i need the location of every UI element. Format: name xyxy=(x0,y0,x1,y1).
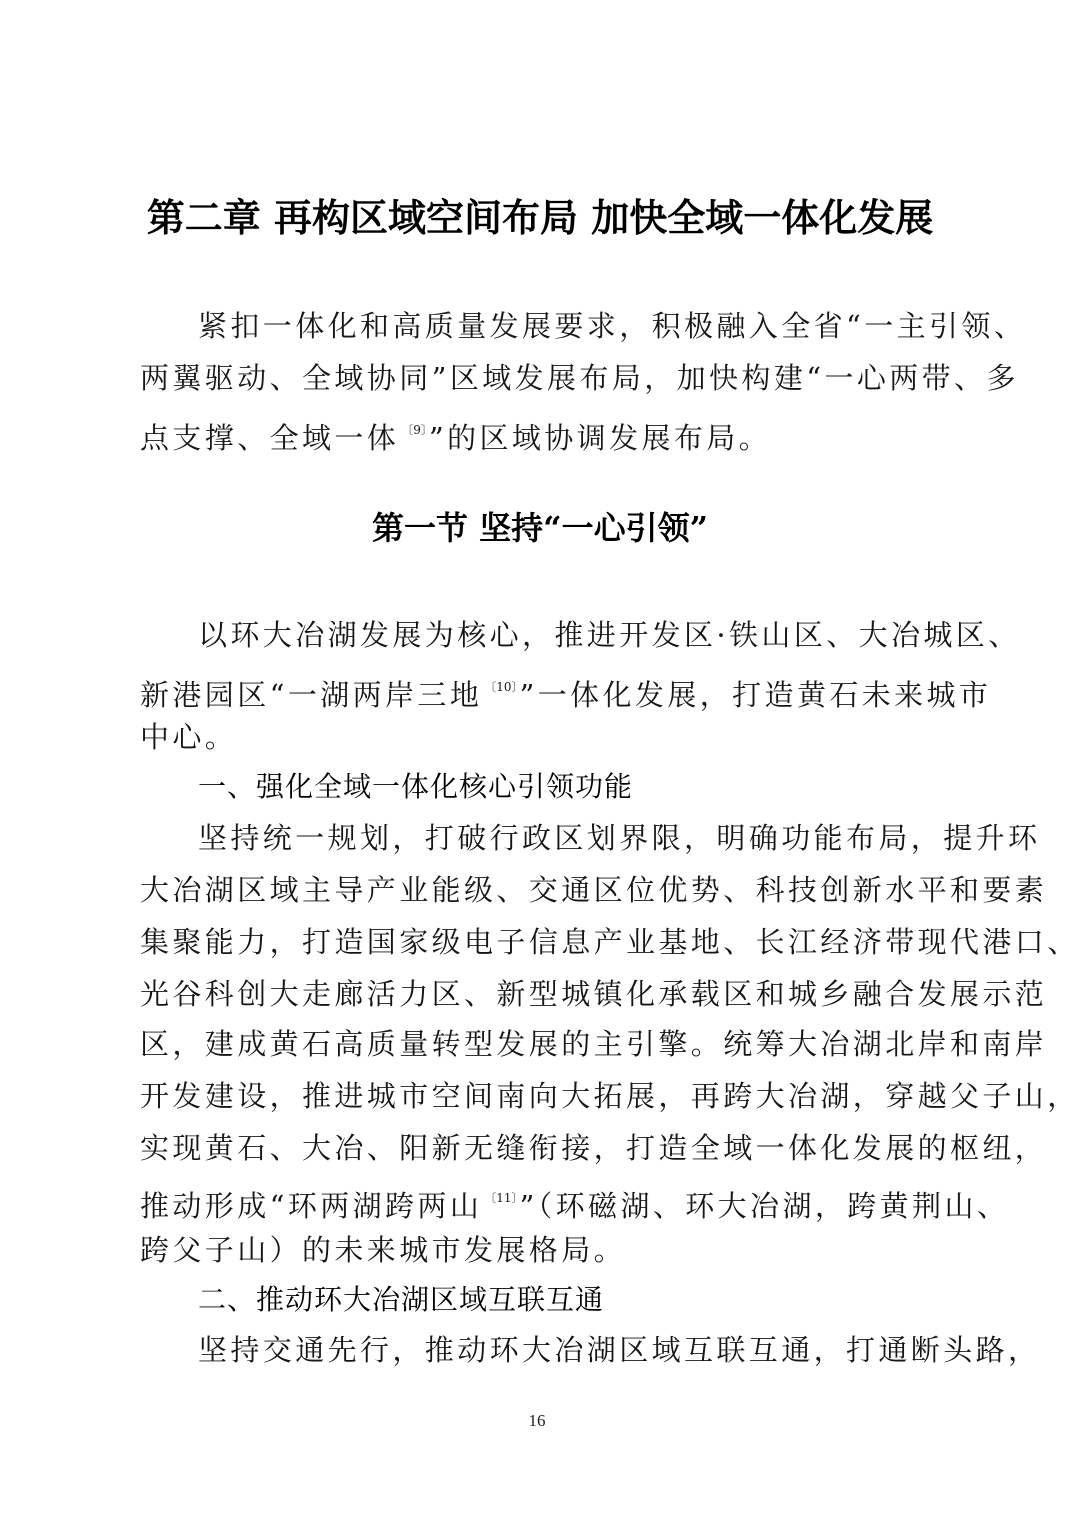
section-intro-line-2: 新港园区“一湖两岸三地〔10〕”一体化发展，打造黄石未来城市 xyxy=(140,667,940,715)
page-number: 16 xyxy=(0,1411,1074,1431)
intro-line-2: 两翼驱动、全域协同”区域发展布局，加快构建“一心两带、多 xyxy=(140,358,940,398)
subsection-1-line-5: 区，建成黄石高质量转型发展的主引擎。统筹大冶湖北岸和南岸 xyxy=(140,1024,940,1064)
intro-line-3-head: 点支撑、全域一体 xyxy=(140,421,399,455)
subsection-1-line-7: 实现黄石、大冶、阳新无缝衔接，打造全域一体化发展的枢纽， xyxy=(140,1128,940,1168)
footnote-ref-11[interactable]: 〔11〕 xyxy=(484,1191,517,1205)
footnote-ref-10[interactable]: 〔10〕 xyxy=(484,680,517,694)
chapter-title: 第二章 再构区域空间布局 加快全域一体化发展 xyxy=(140,192,940,244)
intro-line-3: 点支撑、全域一体〔9〕”的区域协调发展布局。 xyxy=(140,410,940,458)
section-intro-line-2-head: 新港园区“一湖两岸三地 xyxy=(140,678,482,712)
subsection-2-line-1: 坚持交通先行，推动环大冶湖区域互联互通，打通断头路， xyxy=(198,1330,998,1370)
subsection-1-line-8-tail: ”（环磁湖、环大冶湖，跨黄荆山、 xyxy=(520,1189,1010,1223)
section-intro-line-1: 以环大冶湖发展为核心，推进开发区·铁山区、大冶城区、 xyxy=(198,615,998,655)
intro-line-1: 紧扣一体化和高质量发展要求，积极融入全省“一主引领、 xyxy=(198,306,998,346)
section-title: 第一节 坚持“一心引领” xyxy=(140,506,940,550)
subsection-1-line-8: 推动形成“环两湖跨两山〔11〕”（环磁湖、环大冶湖，跨黄荆山、 xyxy=(140,1178,940,1226)
section-intro-line-3: 中心。 xyxy=(140,717,940,757)
subsection-2-heading: 二、推动环大冶湖区域互联互通 xyxy=(198,1280,604,1320)
subsection-1-heading: 一、强化全域一体化核心引领功能 xyxy=(198,767,633,807)
document-page: 第二章 再构区域空间布局 加快全域一体化发展 紧扣一体化和高质量发展要求，积极融… xyxy=(0,0,1074,1520)
subsection-1-line-2: 大冶湖区域主导产业能级、交通区位优势、科技创新水平和要素 xyxy=(140,870,940,910)
subsection-1-line-4: 光谷科创大走廊活力区、新型城镇化承载区和城乡融合发展示范 xyxy=(140,974,940,1014)
subsection-1-line-3: 集聚能力，打造国家级电子信息产业基地、长江经济带现代港口、 xyxy=(140,922,940,962)
subsection-1-line-6: 开发建设，推进城市空间南向大拓展，再跨大冶湖，穿越父子山， xyxy=(140,1076,940,1116)
footnote-ref-9[interactable]: 〔9〕 xyxy=(401,423,427,437)
subsection-1-line-1: 坚持统一规划，打破行政区划界限，明确功能布局，提升环 xyxy=(198,818,998,858)
section-intro-line-2-tail: ”一体化发展，打造黄石未来城市 xyxy=(520,678,992,712)
subsection-1-line-9: 跨父子山）的未来城市发展格局。 xyxy=(140,1230,940,1270)
subsection-1-line-8-head: 推动形成“环两湖跨两山 xyxy=(140,1189,482,1223)
intro-line-3-tail: ”的区域协调发展布局。 xyxy=(429,421,771,455)
